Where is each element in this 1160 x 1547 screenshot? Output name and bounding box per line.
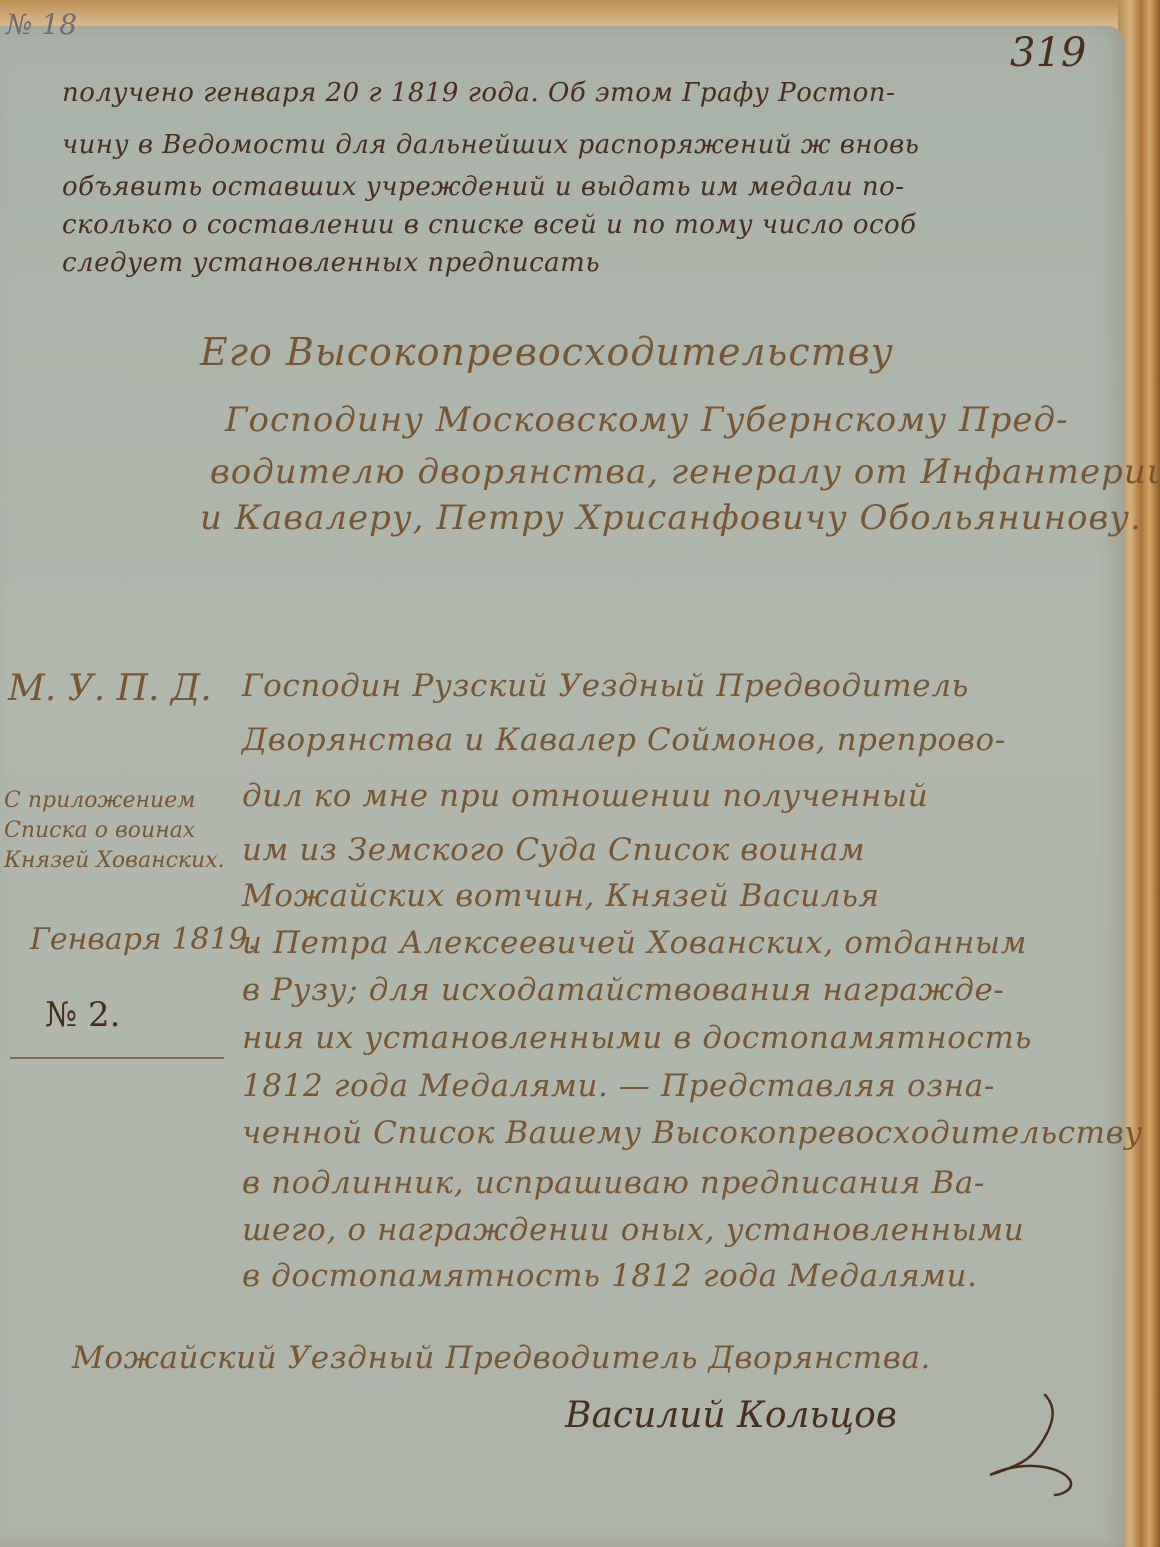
resolution-line: чину в Ведомости для дальнейших распоряж… bbox=[62, 130, 919, 160]
address-salutation: Его Высокопревосходительству bbox=[200, 330, 894, 374]
resolution-line: объявить оставших учреждений и выдать им… bbox=[62, 172, 905, 202]
address-line: водителю дворянства, генералу от Инфанте… bbox=[210, 452, 1160, 492]
signatory-title: Можайский Уездный Предводитель Дворянств… bbox=[72, 1340, 931, 1376]
margin-date: Генваря 1819. bbox=[30, 922, 257, 957]
body-line: Можайских вотчин, Князей Василья bbox=[242, 878, 880, 914]
enclosure-line: Князей Хованских. bbox=[4, 848, 225, 873]
signature-flourish-icon bbox=[980, 1390, 1080, 1500]
body-line: дил ко мне при отношении полученный bbox=[242, 778, 928, 814]
folio-number: 319 bbox=[1010, 30, 1086, 76]
enclosure-line: С приложением bbox=[4, 788, 195, 813]
margin-divider bbox=[10, 1057, 224, 1059]
address-line: Господину Московскому Губернскому Пред- bbox=[225, 400, 1069, 440]
margin-number: № 2. bbox=[45, 995, 120, 1035]
body-line: шего, о награждении оных, установленными bbox=[242, 1212, 1024, 1248]
body-line: им из Земского Суда Список воинам bbox=[242, 832, 865, 868]
signature: Василий Кольцов bbox=[565, 1395, 897, 1436]
body-line: 1812 года Медалями. — Представляя озна- bbox=[242, 1068, 995, 1104]
body-line: в достопамятность 1812 года Медалями. bbox=[242, 1258, 978, 1294]
body-line: ния их установленными в достопамятность bbox=[242, 1020, 1032, 1056]
body-line: ченной Список Вашему Высокопревосходител… bbox=[242, 1115, 1143, 1151]
address-line: и Кавалеру, Петру Хрисанфовичу Обольянин… bbox=[200, 498, 1142, 538]
body-line: и Петра Алексеевичей Хованских, отданным bbox=[242, 925, 1027, 961]
body-line: Дворянства и Кавалер Соймонов, препрово- bbox=[242, 722, 1006, 758]
body-line: Господин Рузский Уездный Предводитель bbox=[242, 668, 969, 704]
resolution-line: следует установленных предписать bbox=[62, 248, 600, 278]
resolution-line: получено генваря 20 г 1819 года. Об этом… bbox=[62, 78, 895, 108]
body-line: в подлинник, испрашиваю предписания Ва- bbox=[242, 1165, 985, 1201]
body-line: в Рузу; для исходатайствования награжде- bbox=[242, 972, 1005, 1008]
enclosure-line: Списка о воинах bbox=[4, 818, 195, 843]
margin-initials: М. У. П. Д. bbox=[8, 668, 212, 709]
resolution-line: сколько о составлении в списке всей и по… bbox=[62, 210, 917, 240]
archive-number: № 18 bbox=[6, 8, 77, 41]
